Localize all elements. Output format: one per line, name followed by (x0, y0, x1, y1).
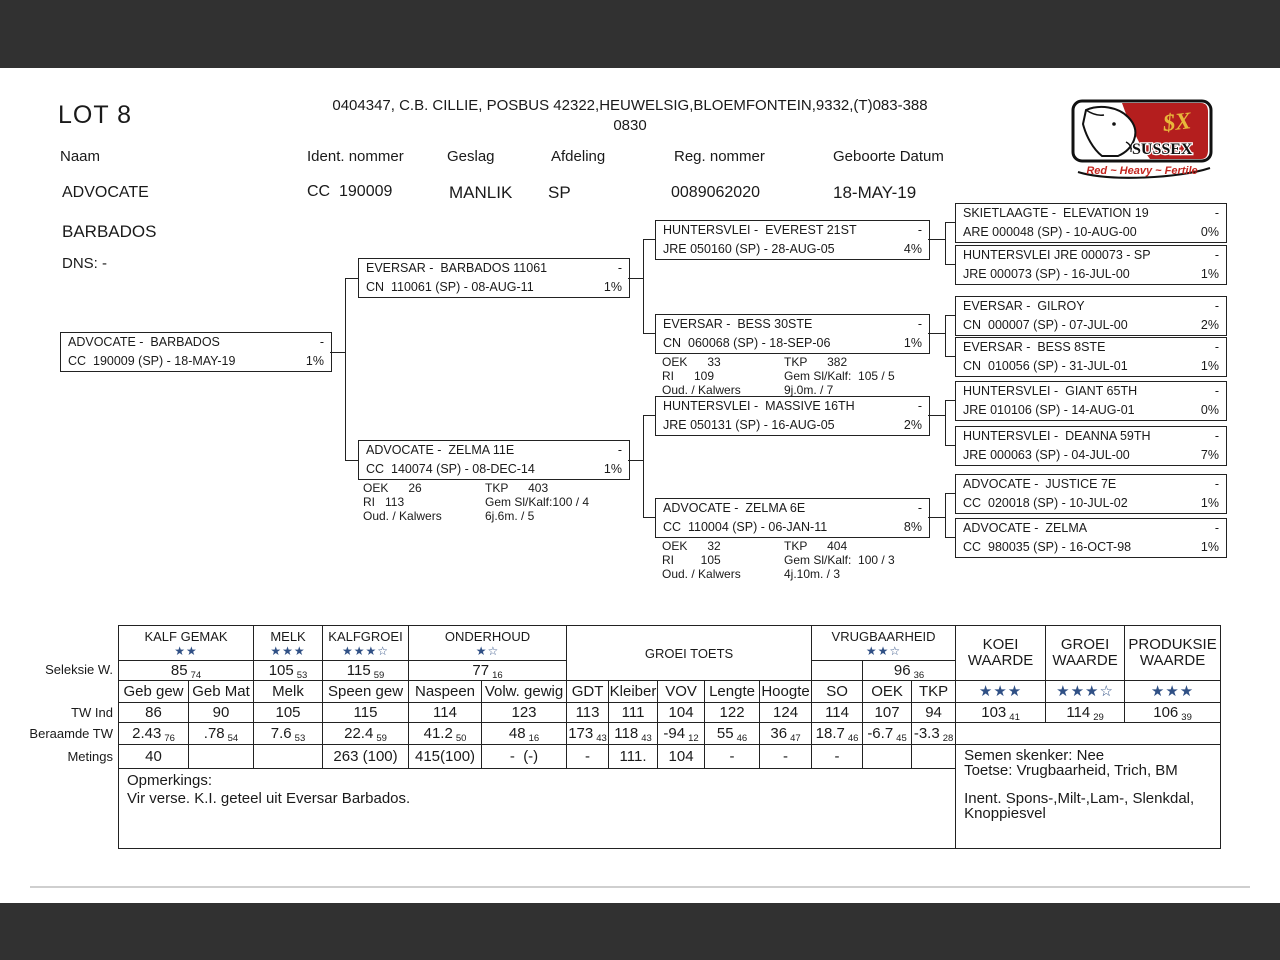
notes-block: Semen skenker: Nee Toetse: Vrugbaarheid,… (956, 745, 1221, 849)
inbreed-top: - (1215, 427, 1219, 446)
beraamde-tw-row: 2.4376 .7854 7.653 22.459 41.250 4816 17… (119, 723, 1221, 745)
groei-waarde-value: 11429 (1046, 703, 1125, 723)
inbreed-pct: 4% (904, 240, 922, 259)
pedigree-connector (644, 517, 655, 518)
animal-name: EVERSAR - BESS 8STE (963, 338, 1105, 357)
pedigree-connector (946, 315, 955, 316)
beraamde-cell: -6.745 (863, 723, 912, 745)
pedigree-connector (345, 278, 346, 461)
label-afdeling: Afdeling (551, 148, 605, 165)
sussex-logo: $X SUSSEX Red ~ Heavy ~ Fertile (1070, 98, 1216, 191)
pedigree-connector (928, 415, 946, 416)
inbreed-pct: 2% (904, 416, 922, 435)
pedigree-connector (945, 400, 946, 446)
beraamde-cell: 18.746 (812, 723, 863, 745)
inbreed-pct: 1% (1201, 494, 1219, 513)
pedigree-connector (945, 493, 946, 538)
dns-field: DNS: - (62, 255, 107, 272)
star-rating: ★★★☆ (323, 644, 408, 658)
inbreed-top: - (1215, 204, 1219, 223)
inbreed-pct: 0% (1201, 223, 1219, 242)
pedigree-connector (946, 400, 955, 401)
stat-tkp: TKP 382 (784, 355, 847, 369)
inbreed-top: - (918, 315, 922, 334)
tw-ind-cell: 115 (323, 703, 409, 723)
produksie-waarde-stars: ★★★ (1125, 681, 1221, 703)
pedigree-box-sire: EVERSAR - BARBADOS 11061- CN 110061 (SP)… (358, 258, 630, 298)
pedigree-box-gen4-4: EVERSAR - BESS 8STE- CN 010056 (SP) - 31… (955, 337, 1227, 377)
metings-cell: - (812, 745, 863, 769)
stat-oek: OEK 32 (662, 539, 784, 553)
pedigree-box-gen3-4: ADVOCATE - ZELMA 6E- CC 110004 (SP) - 06… (655, 498, 930, 538)
inbreed-top: - (618, 441, 622, 460)
pedigree-connector (945, 315, 946, 357)
groei-waarde-stars: ★★★☆ (1046, 681, 1125, 703)
pedigree-box-gen4-7: ADVOCATE - JUSTICE 7E- CC 020018 (SP) - … (955, 474, 1227, 514)
stat-oud: Oud. / Kalwers (662, 383, 784, 397)
value-ident-nommer: CC 190009 (307, 183, 392, 201)
tw-ind-cell: 105 (254, 703, 323, 723)
animal-name: HUNTERSVLEI - GIANT 65TH (963, 382, 1137, 401)
inbreed-top: - (1215, 297, 1219, 316)
inbreed-top: - (1215, 475, 1219, 494)
group-groei-toets: GROEI TOETS (567, 626, 812, 681)
metings-cell: 40 (119, 745, 189, 769)
star-rating: ★★☆ (812, 644, 955, 658)
note-toetse: Toetse: Vrugbaarheid, Trich, BM (964, 763, 1212, 778)
stat-oud: Oud. / Kalwers (363, 509, 485, 523)
col-naspeen: Naspeen (409, 681, 482, 703)
row-label-seleksie: Seleksie W. (0, 662, 113, 677)
col-hoogte: Hoogte (760, 681, 812, 703)
pedigree-connector (346, 460, 358, 461)
animal-name: ADVOCATE - BARBADOS (68, 333, 220, 352)
inbreed-pct: 1% (1201, 265, 1219, 284)
group-kalf-gemak: KALF GEMAK★★ (119, 626, 254, 661)
col-koei-waarde: KOEI WAARDE (956, 626, 1046, 681)
pedigree-connector (643, 239, 644, 334)
tw-ind-cell: 114 (812, 703, 863, 723)
metings-row: 40 263 (100) 415(100) - (-) - 111. 104 -… (119, 745, 1221, 769)
inbreed-pct: 1% (1201, 538, 1219, 557)
value-naam: ADVOCATE (62, 184, 149, 202)
animal-reg: JRE 050160 (SP) - 28-AUG-05 (663, 240, 835, 259)
seleksie-vrugbaarheid: 9636 (863, 661, 956, 681)
pedigree-connector (643, 415, 644, 518)
tw-ind-cell: 107 (863, 703, 912, 723)
gen3-4-stats: OEK 32TKP 404 RI 105Gem Sl/Kalf: 100 / 3… (662, 539, 895, 581)
note-semen-skenker: Semen skenker: Nee (964, 748, 1212, 763)
value-geboorte-datum: 18-MAY-19 (833, 183, 916, 203)
sussex-logo-graphic: $X SUSSEX Red ~ Heavy ~ Fertile (1070, 98, 1216, 186)
inbreed-pct: 7% (1201, 446, 1219, 465)
stat-age: 6j.6m. / 5 (485, 509, 534, 523)
tw-ind-cell: 114 (409, 703, 482, 723)
group-melk: MELK★★★ (254, 626, 323, 661)
beraamde-cell: 11843 (609, 723, 658, 745)
tw-ind-cell: 86 (119, 703, 189, 723)
stat-ri: RI 109 (662, 369, 784, 383)
animal-name: SKIETLAAGTE - ELEVATION 19 (963, 204, 1149, 223)
pedigree-connector (330, 352, 346, 353)
animal-name: ADVOCATE - ZELMA 11E (366, 441, 514, 460)
stat-gem: Gem Sl/Kalf:100 / 4 (485, 495, 589, 509)
stat-oek: OEK 26 (363, 481, 485, 495)
animal-name: HUNTERSVLEI - MASSIVE 16TH (663, 397, 855, 416)
col-produksie-waarde: PRODUKSIE WAARDE (1125, 626, 1221, 681)
produksie-waarde-value: 10639 (1125, 703, 1221, 723)
note-inent-1: Inent. Spons-,Milt-,Lam-, Slenkdal, (964, 791, 1212, 806)
pedigree-box-gen3-2: EVERSAR - BESS 30STE- CN 060068 (SP) - 1… (655, 314, 930, 354)
star-rating: ★☆ (409, 644, 566, 658)
inbreed-top: - (1215, 338, 1219, 357)
stat-oud: Oud. / Kalwers (662, 567, 784, 581)
column-header-row: Geb gew Geb Mat Melk Speen gew Naspeen V… (119, 681, 1221, 703)
inbreed-top: - (618, 259, 622, 278)
inbreed-top: - (918, 221, 922, 240)
col-volw-gewig: Volw. gewig (482, 681, 567, 703)
group-onderhoud: ONDERHOUD★☆ (409, 626, 567, 661)
col-geb-mat: Geb Mat (189, 681, 254, 703)
animal-reg: CN 110061 (SP) - 08-AUG-11 (366, 278, 534, 297)
beraamde-cell: 22.459 (323, 723, 409, 745)
row-label-beraamde-tw: Beraamde TW (0, 726, 113, 741)
pedigree-connector (644, 333, 655, 334)
dam-stats: OEK 26TKP 403 RI 113Gem Sl/Kalf:100 / 4 … (363, 481, 589, 523)
pedigree-connector (628, 460, 644, 461)
metings-cell: 104 (658, 745, 705, 769)
pedigree-connector (946, 222, 955, 223)
stat-ri: RI 113 (363, 495, 485, 509)
pedigree-connector (945, 222, 946, 265)
opmerkings-label: Opmerkings: (127, 772, 947, 790)
gen3-2-stats: OEK 33TKP 382 RI 109Gem Sl/Kalf: 105 / 5… (662, 355, 895, 397)
beraamde-cell: .7854 (189, 723, 254, 745)
animal-reg: CN 010056 (SP) - 31-JUL-01 (963, 357, 1128, 376)
metings-cell: - (-) (482, 745, 567, 769)
pedigree-box-dam: ADVOCATE - ZELMA 11E- CC 140074 (SP) - 0… (358, 440, 630, 480)
stat-ri: RI 105 (662, 553, 784, 567)
tw-ind-cell: 111 (609, 703, 658, 723)
stat-oek: OEK 33 (662, 355, 784, 369)
inbreed-pct: 1% (604, 460, 622, 479)
animal-name: HUNTERSVLEI - EVEREST 21ST (663, 221, 857, 240)
value-reg-nommer: 0089062020 (671, 184, 760, 202)
beraamde-cell: 2.4376 (119, 723, 189, 745)
value-geslag: MANLIK (449, 183, 512, 203)
bottom-bar (0, 903, 1280, 960)
pedigree-connector (946, 445, 955, 446)
col-geb-gew: Geb gew (119, 681, 189, 703)
address-line-2: 0830 (280, 116, 980, 136)
animal-reg: CN 060068 (SP) - 18-SEP-06 (663, 334, 830, 353)
seleksie-melk: 10553 (254, 661, 323, 681)
star-rating: ★★★ (254, 644, 322, 658)
pedigree-connector (928, 517, 946, 518)
row-label-tw-ind: TW Ind (0, 705, 113, 720)
seleksie-kalf-gemak: 8574 (119, 661, 254, 681)
pedigree-box-gen4-3: EVERSAR - GILROY- CN 000007 (SP) - 07-JU… (955, 296, 1227, 336)
animal-name: HUNTERSVLEI - DEANNA 59TH (963, 427, 1151, 446)
beraamde-cell: 5546 (705, 723, 760, 745)
pedigree-connector (628, 278, 644, 279)
beraamde-cell: 17343 (567, 723, 609, 745)
animal-reg: CC 110004 (SP) - 06-JAN-11 (663, 518, 827, 537)
inbreed-top: - (918, 397, 922, 416)
stat-age: 4j.10m. / 3 (784, 567, 840, 581)
logo-brand-text: SUSSEX (1132, 141, 1193, 158)
pedigree-box-gen4-5: HUNTERSVLEI - GIANT 65TH- JRE 010106 (SP… (955, 381, 1227, 421)
animal-reg: CC 190009 (SP) - 18-MAY-19 (68, 352, 235, 371)
metings-cell: 415(100) (409, 745, 482, 769)
cow-eye (1112, 122, 1116, 126)
pedigree-connector (946, 493, 955, 494)
col-gdt: GDT (567, 681, 609, 703)
stat-gem: Gem Sl/Kalf: 100 / 3 (784, 553, 895, 567)
tw-ind-cell: 94 (912, 703, 956, 723)
animal-name: EVERSAR - BESS 30STE (663, 315, 812, 334)
label-ident-nommer: Ident. nommer (307, 148, 404, 165)
pedigree-connector (928, 239, 946, 240)
footer-divider (30, 886, 1250, 888)
note-inent-2: Knoppiesvel (964, 806, 1212, 821)
animal-reg: CC 020018 (SP) - 10-JUL-02 (963, 494, 1128, 513)
metings-cell (912, 745, 956, 769)
koei-waarde-stars: ★★★ (956, 681, 1046, 703)
stat-tkp: TKP 404 (784, 539, 847, 553)
metings-cell (189, 745, 254, 769)
breeder-address: 0404347, C.B. CILLIE, POSBUS 42322,HEUWE… (280, 96, 980, 136)
metings-cell (254, 745, 323, 769)
pedigree-box-gen4-6: HUNTERSVLEI - DEANNA 59TH- JRE 000063 (S… (955, 426, 1227, 466)
top-bar (0, 0, 1280, 68)
tw-ind-cell: 123 (482, 703, 567, 723)
pedigree-connector (946, 356, 955, 357)
star-rating: ★★ (119, 644, 253, 658)
label-naam: Naam (60, 148, 100, 165)
inbreed-pct: 2% (1201, 316, 1219, 335)
beraamde-cell: 7.653 (254, 723, 323, 745)
col-lengte: Lengte (705, 681, 760, 703)
empty-right-cell (956, 723, 1221, 745)
pedigree-connector (644, 239, 655, 240)
address-line-1: 0404347, C.B. CILLIE, POSBUS 42322,HEUWE… (280, 96, 980, 116)
beraamde-cell: 41.250 (409, 723, 482, 745)
animal-reg: CN 000007 (SP) - 07-JUL-00 (963, 316, 1128, 335)
opmerkings-text: Vir verse. K.I. geteel uit Eversar Barba… (127, 790, 947, 808)
pedigree-box-gen4-1: SKIETLAAGTE - ELEVATION 19- ARE 000048 (… (955, 203, 1227, 243)
col-oek: OEK (863, 681, 912, 703)
pedigree-connector (928, 333, 946, 334)
animal-reg: CC 140074 (SP) - 08-DEC-14 (366, 460, 535, 479)
group-header-row: KALF GEMAK★★ MELK★★★ KALFGROEI★★★☆ ONDER… (119, 626, 1221, 661)
beraamde-cell: -3.328 (912, 723, 956, 745)
inbreed-pct: 1% (604, 278, 622, 297)
seleksie-onderhoud: 7716 (409, 661, 567, 681)
inbreed-top: - (1215, 519, 1219, 538)
inbreed-top: - (320, 333, 324, 352)
metings-cell: - (567, 745, 609, 769)
beraamde-cell: 4816 (482, 723, 567, 745)
metings-cell: - (760, 745, 812, 769)
value-afdeling: SP (548, 183, 571, 203)
value-naam-line2: BARBADOS (62, 222, 156, 242)
pedigree-connector (946, 537, 955, 538)
col-groei-waarde: GROEI WAARDE (1046, 626, 1125, 681)
inbreed-pct: 1% (306, 352, 324, 371)
inbreed-pct: 1% (904, 334, 922, 353)
label-geboorte-datum: Geboorte Datum (833, 148, 944, 165)
row-label-metings: Metings (0, 749, 113, 764)
tw-ind-cell: 104 (658, 703, 705, 723)
stat-gem: Gem Sl/Kalf: 105 / 5 (784, 369, 895, 383)
col-tkp: TKP (912, 681, 956, 703)
animal-name: HUNTERSVLEI JRE 000073 - SP (963, 246, 1151, 265)
performance-table: KALF GEMAK★★ MELK★★★ KALFGROEI★★★☆ ONDER… (118, 625, 1221, 849)
tw-ind-cell: 113 (567, 703, 609, 723)
pedigree-box-gen3-1: HUNTERSVLEI - EVEREST 21ST- JRE 050160 (… (655, 220, 930, 260)
animal-reg: JRE 050131 (SP) - 16-AUG-05 (663, 416, 835, 435)
tw-ind-cell: 124 (760, 703, 812, 723)
pedigree-connector (946, 264, 955, 265)
label-reg-nommer: Reg. nommer (674, 148, 765, 165)
tw-ind-row: 86 90 105 115 114 123 113 111 104 122 12… (119, 703, 1221, 723)
col-vov: VOV (658, 681, 705, 703)
group-vrugbaarheid: VRUGBAARHEID★★☆ (812, 626, 956, 661)
stat-age: 9j.0m. / 7 (784, 383, 833, 397)
seleksie-kalfgroei: 11559 (323, 661, 409, 681)
animal-name: EVERSAR - GILROY (963, 297, 1085, 316)
inbreed-top: - (1215, 246, 1219, 265)
animal-reg: JRE 000073 (SP) - 16-JUL-00 (963, 265, 1130, 284)
animal-name: EVERSAR - BARBADOS 11061 (366, 259, 547, 278)
col-so: SO (812, 681, 863, 703)
inbreed-top: - (918, 499, 922, 518)
koei-waarde-value: 10341 (956, 703, 1046, 723)
animal-name: ADVOCATE - ZELMA 6E (663, 499, 805, 518)
pedigree-box-gen4-2: HUNTERSVLEI JRE 000073 - SP- JRE 000073 … (955, 245, 1227, 285)
animal-reg: CC 980035 (SP) - 16-OCT-98 (963, 538, 1131, 557)
inbreed-top: - (1215, 382, 1219, 401)
animal-reg: JRE 010106 (SP) - 14-AUG-01 (963, 401, 1135, 420)
group-kalfgroei: KALFGROEI★★★☆ (323, 626, 409, 661)
pedigree-connector (346, 278, 358, 279)
opmerkings-block: Opmerkings: Vir verse. K.I. geteel uit E… (119, 769, 956, 849)
beraamde-cell: -9412 (658, 723, 705, 745)
metings-cell: 111. (609, 745, 658, 769)
pedigree-connector (644, 415, 655, 416)
tw-ind-cell: 90 (189, 703, 254, 723)
stat-tkp: TKP 403 (485, 481, 548, 495)
tw-ind-cell: 122 (705, 703, 760, 723)
metings-cell: - (705, 745, 760, 769)
seleksie-so-empty (812, 661, 863, 681)
pedigree-box-gen4-8: ADVOCATE - ZELMA- CC 980035 (SP) - 16-OC… (955, 518, 1227, 558)
lot-number: LOT 8 (58, 101, 132, 130)
pedigree-box-gen3-3: HUNTERSVLEI - MASSIVE 16TH- JRE 050131 (… (655, 396, 930, 436)
logo-sx-text: $X (1161, 108, 1194, 137)
col-melk: Melk (254, 681, 323, 703)
inbreed-pct: 8% (904, 518, 922, 537)
col-speen-gew: Speen gew (323, 681, 409, 703)
beraamde-cell: 3647 (760, 723, 812, 745)
animal-reg: ARE 000048 (SP) - 10-AUG-00 (963, 223, 1137, 242)
logo-tagline: Red ~ Heavy ~ Fertile (1086, 165, 1197, 177)
animal-name: ADVOCATE - ZELMA (963, 519, 1087, 538)
inbreed-pct: 1% (1201, 357, 1219, 376)
catalog-page: LOT 8 0404347, C.B. CILLIE, POSBUS 42322… (0, 0, 1280, 960)
label-geslag: Geslag (447, 148, 495, 165)
pedigree-box-subject: ADVOCATE - BARBADOS- CC 190009 (SP) - 18… (60, 332, 332, 372)
metings-cell: 263 (100) (323, 745, 409, 769)
inbreed-pct: 0% (1201, 401, 1219, 420)
col-kleiber: Kleiber (609, 681, 658, 703)
metings-cell (863, 745, 912, 769)
animal-name: ADVOCATE - JUSTICE 7E (963, 475, 1116, 494)
animal-reg: JRE 000063 (SP) - 04-JUL-00 (963, 446, 1130, 465)
